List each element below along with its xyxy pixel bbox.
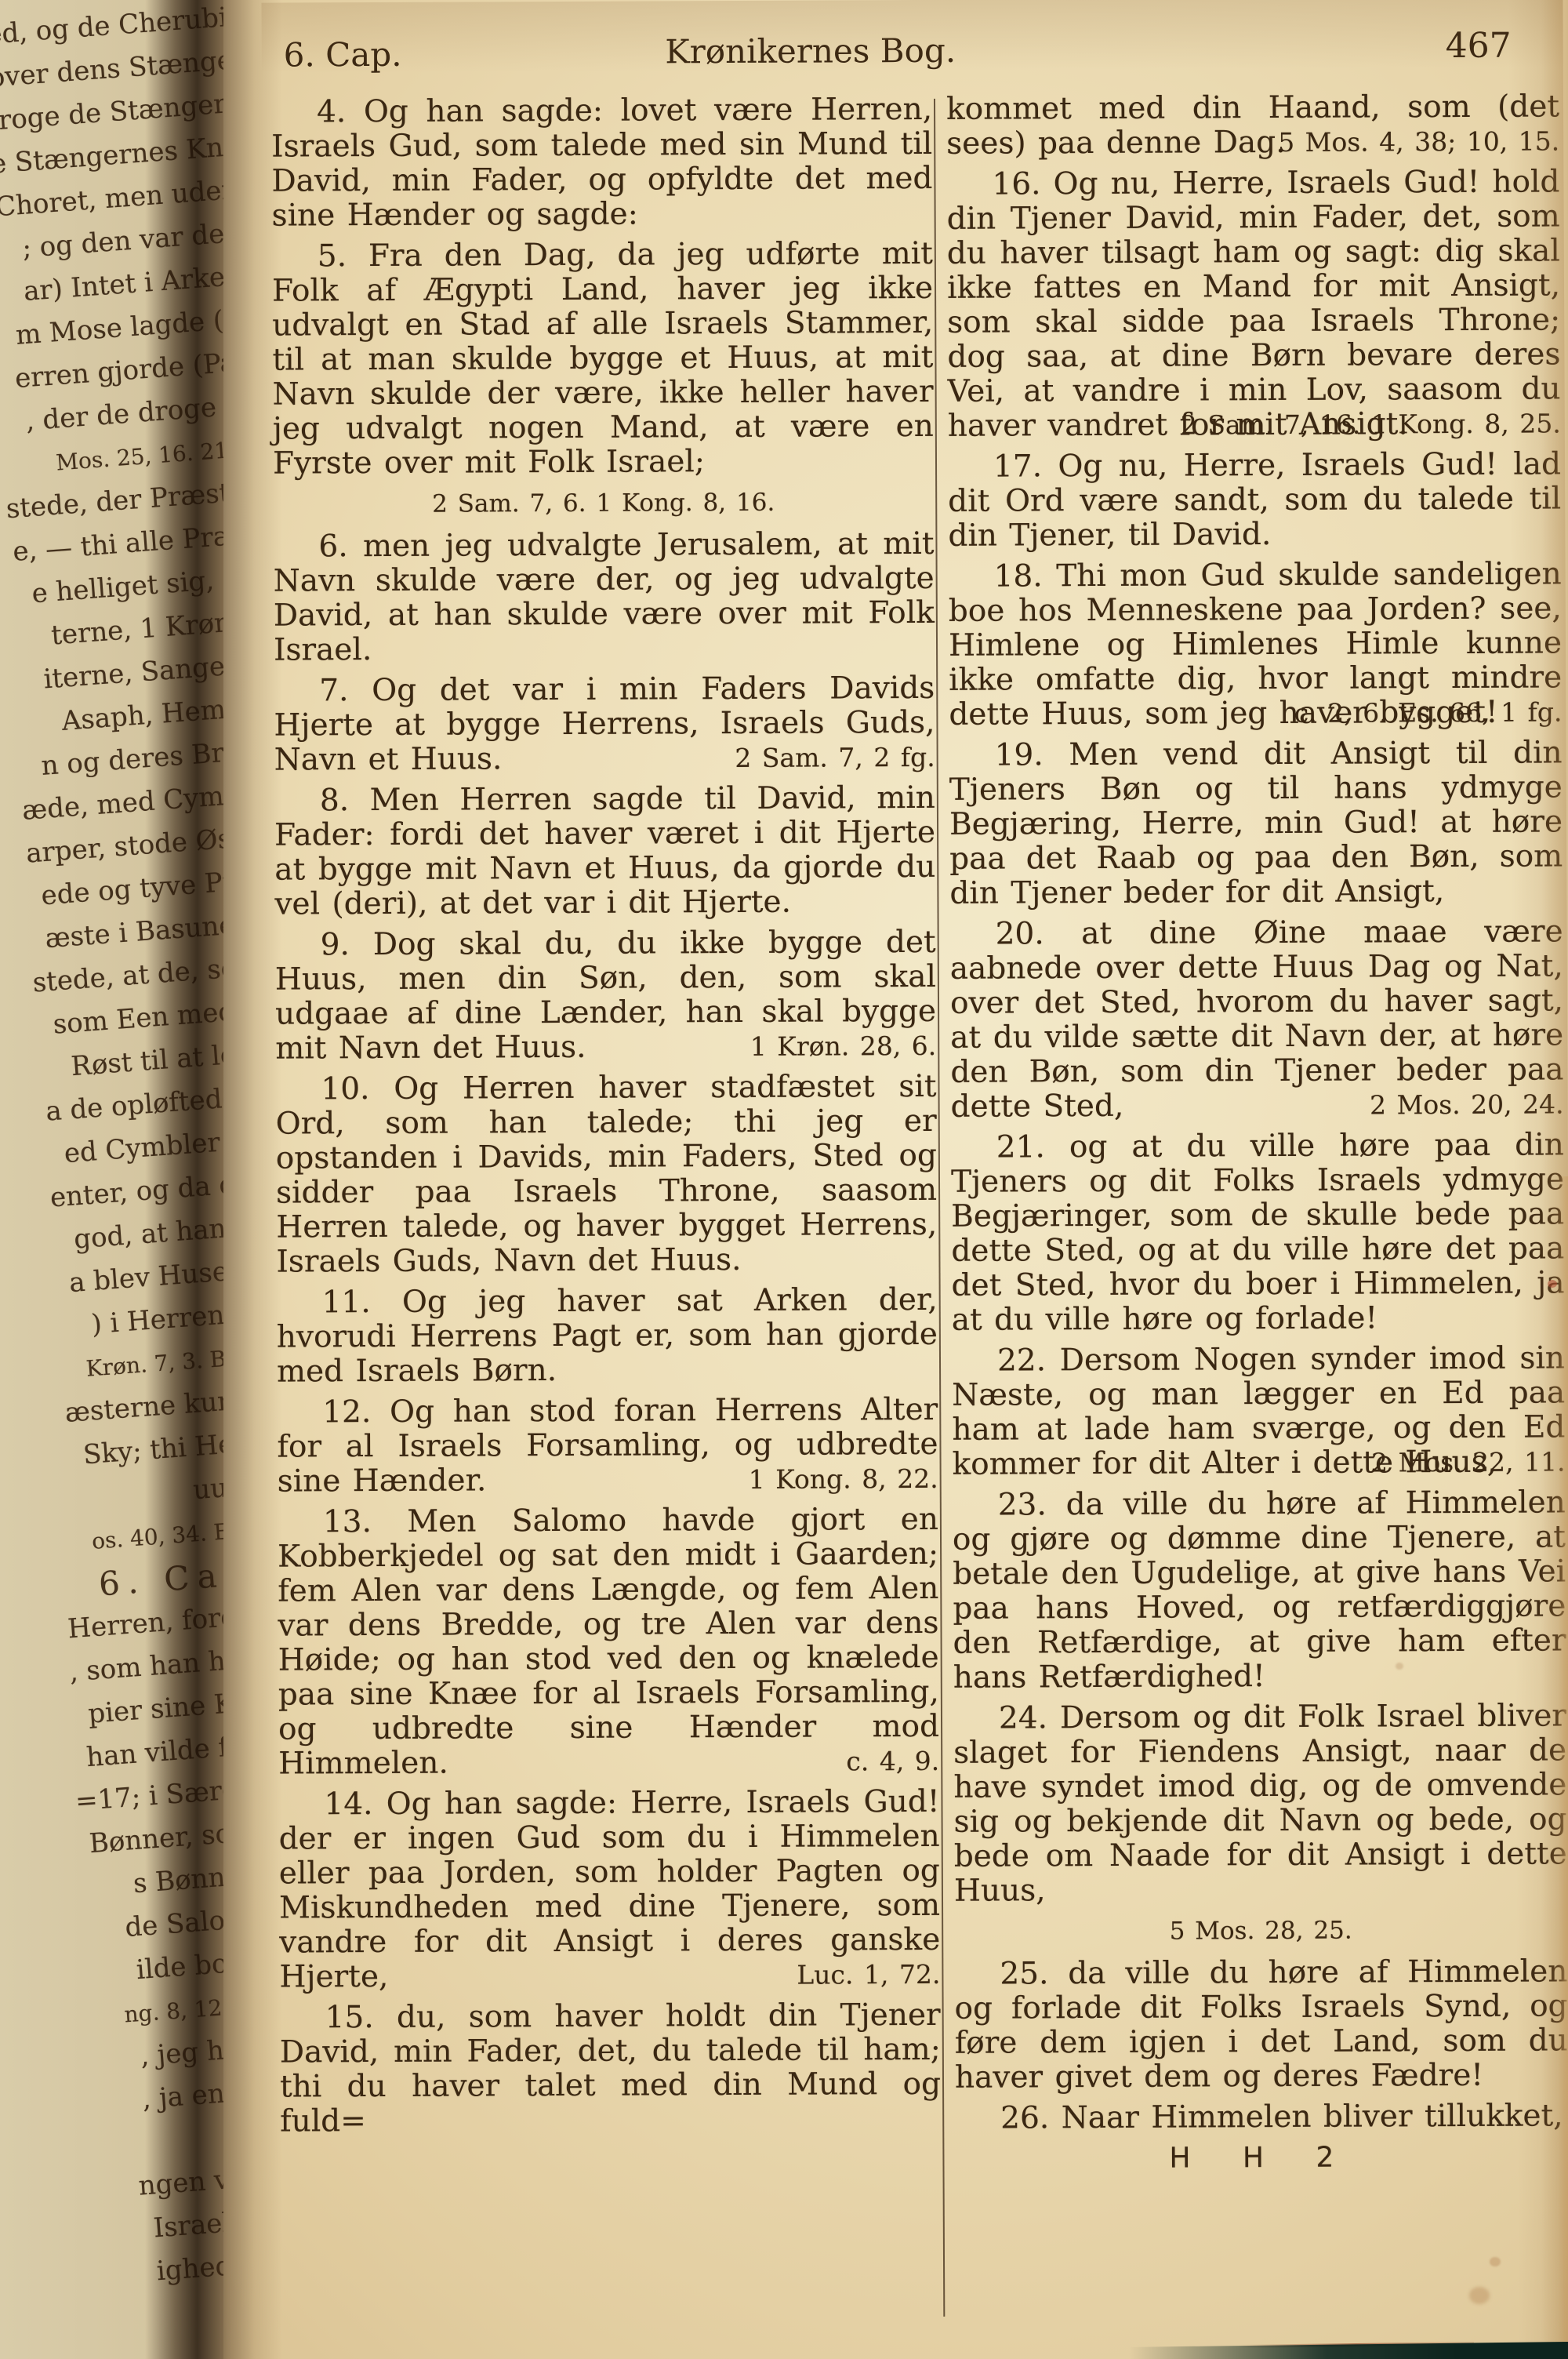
page-number: 467 [1446, 26, 1512, 66]
verse: 17. Og nu, Herre, Israels Gud! lad dit O… [948, 447, 1562, 553]
verse: 20. at dine Øine maae være aabnede over … [950, 914, 1564, 1124]
verse: kommet med din Haand, som (det sees) paa… [946, 89, 1559, 161]
verse: 23. da ville du høre af Himmelen og gjør… [953, 1485, 1566, 1695]
scripture-reference: 5 Mos. 4, 38; 10, 15. [1278, 124, 1559, 160]
verse: 18. Thi mon Gud skulde sandeligen boe ho… [949, 557, 1563, 732]
verse: 7. Og det var i min Faders Davids Hjerte… [274, 671, 935, 778]
verse: 22. Dersom Nogen synder imod sin Næste, … [952, 1341, 1566, 1481]
scripture-reference: 1 Kong. 8, 22. [703, 1462, 938, 1497]
text-column-left: 4. Og han sagde: lovet være Herren, Isra… [271, 93, 941, 2146]
scripture-reference: 2 Sam. 7, 2 fg. [689, 740, 935, 776]
verse: 19. Men vend dit Ansigt til din Tjeners … [949, 736, 1563, 911]
verse: 16. Og nu, Herre, Israels Gud! hold din … [946, 165, 1561, 443]
running-header: 6. Cap. Krønikernes Bog. 467 [262, 24, 1563, 84]
verse: 5. Fra den Dag, da jeg udførte mit Folk … [272, 237, 934, 482]
scripture-reference: c. 2, 6. Es. 66, 1 fg. [1249, 695, 1563, 731]
previous-page-edge: udbredteted, og de Cherubimover dens Stæ… [0, 0, 223, 2359]
verse: 15. du, som haver holdt din Tjener David… [280, 1998, 942, 2139]
verse: 14. Og han sagde: Herre, Israels Gud! de… [278, 1785, 940, 1995]
verse: 11. Og jeg haver sat Arken der, hvorudi … [277, 1283, 938, 1390]
verse: 26. Naar Himmelen bliver tillukket, [955, 2099, 1568, 2135]
verse: 12. Og han stod foran Herrens Alter for … [277, 1393, 938, 1499]
verse: 25. da ville du høre af Himmelen og forl… [954, 1954, 1568, 2095]
scripture-reference: 2 Mos. 22, 11. [1326, 1445, 1566, 1480]
verse: 10. Og Herren haver stadfæstet sit Ord, … [275, 1070, 937, 1280]
scripture-reference: Luc. 1, 72. [751, 1957, 940, 1993]
book-title: Krønikernes Bog. [262, 30, 1359, 73]
verse: 13. Men Salomo havde gjort en Kobberkjed… [278, 1503, 940, 1782]
printers-signature: H H 2 [955, 2139, 1568, 2176]
verse: 21. og at du ville høre paa din Tjeners … [951, 1128, 1565, 1337]
scripture-reference-centered: 2 Sam. 7, 6. 1 Kong. 8, 16. [273, 485, 934, 522]
previous-page-text: udbredteted, og de Cherubimover dens Stæ… [0, 0, 223, 2299]
scripture-reference: 1 Krøn. 28, 6. [705, 1029, 937, 1064]
page-stack-edge [1559, 1176, 1568, 2353]
verse: 24. Dersom og dit Folk Israel bliver sla… [953, 1699, 1567, 1908]
scripture-reference: 2 Mos. 20, 24. [1324, 1087, 1564, 1122]
verse: 8. Men Herren sagde til David, min Fader… [274, 781, 936, 922]
text-column-right: kommet med din Haand, som (det sees) paa… [946, 89, 1568, 2176]
book-photo: udbredteted, og de Cherubimover dens Stæ… [0, 0, 1568, 2359]
verse: 9. Dog skal du, du ikke bygge det Huus, … [275, 925, 937, 1067]
verse: 4. Og han sagde: lovet være Herren, Isra… [271, 93, 933, 234]
scripture-reference: 2 Sam. 7, 16. 1 Kong. 8, 25. [1135, 406, 1561, 442]
scripture-reference-centered: 5 Mos. 28, 25. [954, 1912, 1567, 1949]
scripture-reference: c. 4, 9. [800, 1744, 939, 1779]
page-467: 6. Cap. Krønikernes Bog. 467 4. Og han s… [261, 0, 1568, 2359]
verse: 6. men jeg udvalgte Jerusalem, at mit Na… [273, 527, 935, 668]
